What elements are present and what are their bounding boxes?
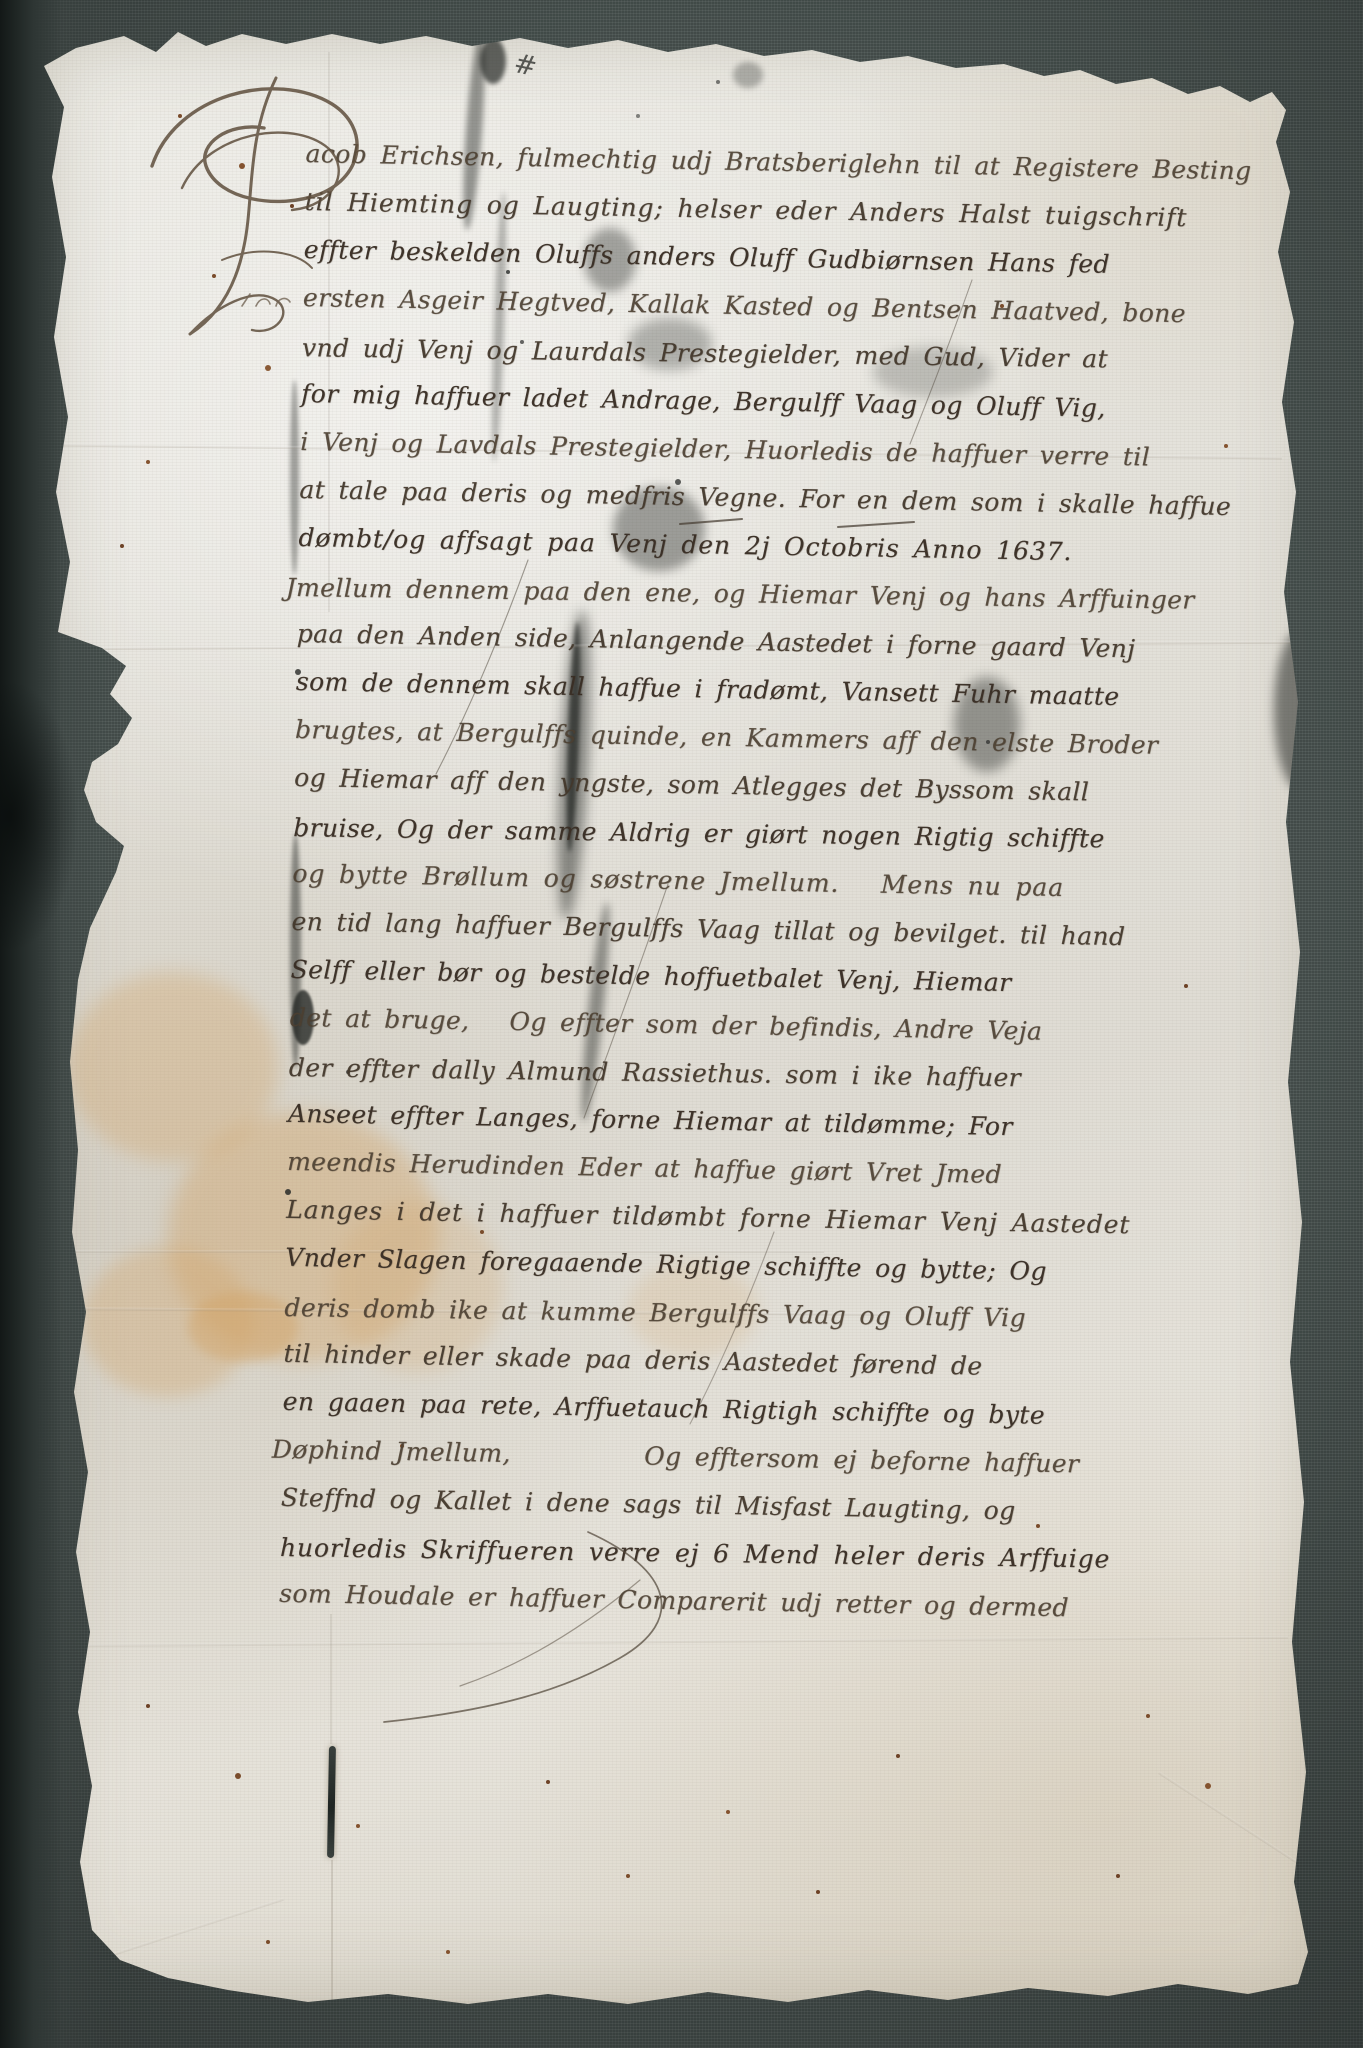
manuscript-page: # acob Erichsen, fulmechtig udj Bratsber… — [28, 22, 1336, 2014]
corner-crease — [102, 1898, 284, 1960]
fold-crease-vertical — [331, 1860, 333, 2010]
paper-slit-tear — [327, 1746, 336, 1858]
bleedthrough-stain — [83, 1247, 253, 1397]
bleedthrough-stain — [188, 1292, 298, 1362]
ink-smudge — [480, 38, 506, 84]
fold-crease-vertical — [330, 1614, 332, 1744]
archival-scan: # acob Erichsen, fulmechtig udj Bratsber… — [0, 0, 1363, 2048]
corner-crease — [1158, 1771, 1363, 1915]
manuscript-text-block: acob Erichsen, fulmechtig udj Bratsberig… — [279, 130, 1306, 1636]
fold-crease — [58, 1636, 1288, 1648]
bleedthrough-stain — [68, 972, 278, 1162]
ink-smudge — [733, 62, 763, 88]
hash-mark: # — [511, 48, 540, 83]
